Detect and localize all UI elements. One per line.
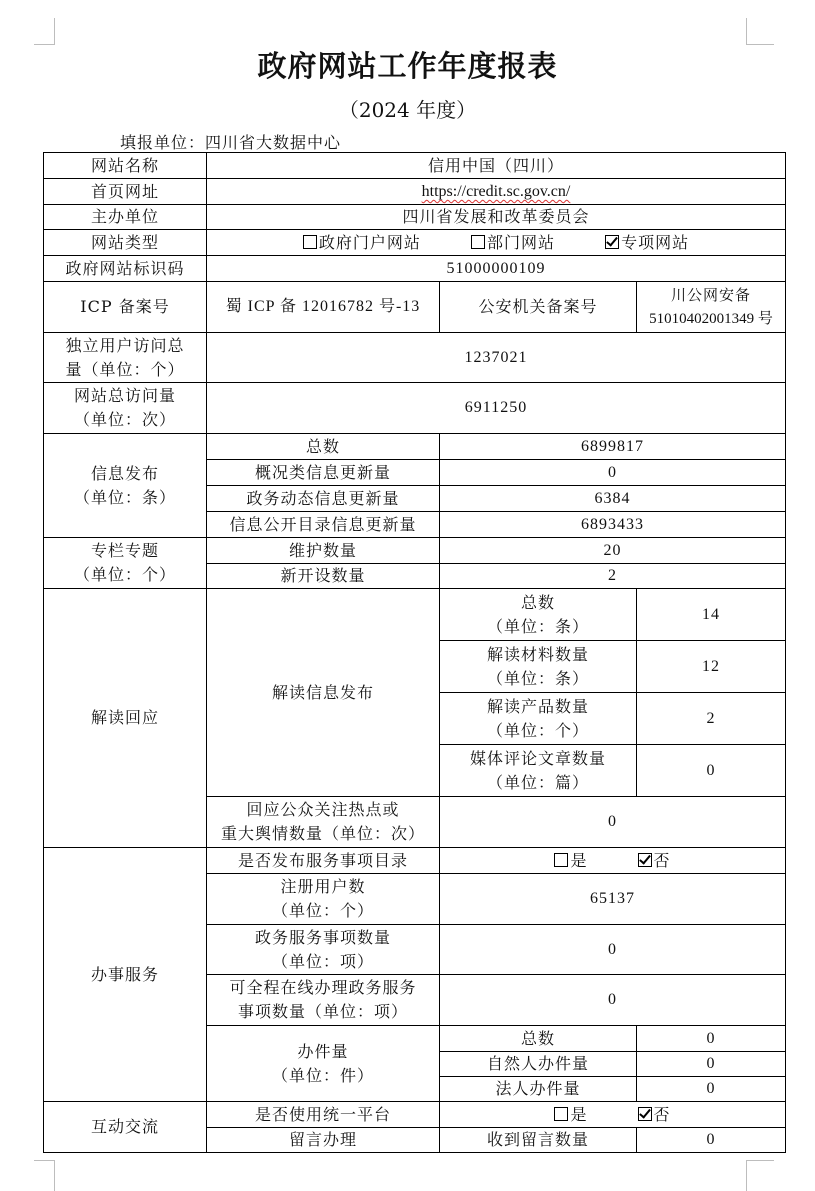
platform-option-yes[interactable]: 是 xyxy=(554,1103,587,1127)
total-visits-label: 网站总访问量 （单位：次） xyxy=(44,383,207,434)
info-publish-row-value: 6384 xyxy=(440,486,786,512)
cases-row-label: 自然人办件量 xyxy=(440,1052,637,1077)
page-corner-mark xyxy=(34,1160,54,1161)
filler-label: 填报单位： xyxy=(120,133,205,152)
interaction-label: 互动交流 xyxy=(44,1102,207,1153)
page-corner-mark xyxy=(54,1160,55,1191)
checkbox-unchecked-icon[interactable] xyxy=(471,235,485,249)
icp-label: ICP 备案号 xyxy=(44,282,207,333)
site-name-value: 信用中国（四川） xyxy=(207,153,786,179)
page-corner-mark xyxy=(746,1160,747,1191)
info-publish-row-value: 6893433 xyxy=(440,512,786,538)
table-row: ICP 备案号 蜀 ICP 备 12016782 号-13 公安机关备案号 川公… xyxy=(44,282,786,333)
id-code-value: 51000000109 xyxy=(207,256,786,282)
services-label: 办事服务 xyxy=(44,848,207,1102)
site-type-option-special[interactable]: 专项网站 xyxy=(605,231,689,255)
unique-visitors-value: 1237021 xyxy=(207,333,786,383)
table-row: 信息发布 （单位：条） 总数 6899817 xyxy=(44,434,786,460)
response-value: 0 xyxy=(440,797,786,848)
site-url-link[interactable]: https://credit.sc.gov.cn/ xyxy=(422,183,571,200)
columns-row-value: 2 xyxy=(440,564,786,589)
document-title: 政府网站工作年度报表 xyxy=(0,44,815,85)
checkbox-checked-icon[interactable] xyxy=(605,235,619,249)
cases-row-value: 0 xyxy=(637,1052,786,1077)
catalog-options: 是 否 xyxy=(440,848,786,874)
unique-visitors-label: 独立用户访问总 量（单位：个） xyxy=(44,333,207,383)
interpretation-row-value: 0 xyxy=(637,745,786,797)
info-publish-row-label: 概况类信息更新量 xyxy=(207,460,440,486)
received-messages-label: 收到留言数量 xyxy=(440,1128,637,1153)
interpretation-sub-label: 解读信息发布 xyxy=(207,589,440,797)
online-items-label: 可全程在线办理政务服务 事项数量（单位：项） xyxy=(207,975,440,1026)
info-publish-row-label: 信息公开目录信息更新量 xyxy=(207,512,440,538)
site-url-cell: https://credit.sc.gov.cn/ xyxy=(207,179,786,205)
registered-users-label: 注册用户数 （单位：个） xyxy=(207,874,440,925)
page-corner-mark xyxy=(746,18,747,44)
service-items-value: 0 xyxy=(440,925,786,975)
columns-label: 专栏专题 （单位：个） xyxy=(44,538,207,589)
cases-row-value: 0 xyxy=(637,1077,786,1102)
table-row: 主办单位 四川省发展和改革委员会 xyxy=(44,205,786,230)
response-label: 回应公众关注热点或 重大舆情数量（单位：次） xyxy=(207,797,440,848)
interpretation-row-label: 总数 （单位：条） xyxy=(440,589,637,641)
interpretation-row-value: 12 xyxy=(637,641,786,693)
total-visits-value: 6911250 xyxy=(207,383,786,434)
document-subtitle: （2024 年度） xyxy=(0,94,815,123)
interpretation-row-label: 解读产品数量 （单位：个） xyxy=(440,693,637,745)
catalog-label: 是否发布服务事项目录 xyxy=(207,848,440,874)
checkbox-unchecked-icon[interactable] xyxy=(554,853,568,867)
cases-row-label: 法人办件量 xyxy=(440,1077,637,1102)
columns-row-label: 维护数量 xyxy=(207,538,440,564)
table-row: 专栏专题 （单位：个） 维护数量 20 xyxy=(44,538,786,564)
site-type-option-portal[interactable]: 政府门户网站 xyxy=(303,231,421,255)
cases-row-label: 总数 xyxy=(440,1026,637,1052)
checkbox-unchecked-icon[interactable] xyxy=(303,235,317,249)
info-publish-row-label: 总数 xyxy=(207,434,440,460)
table-row: 独立用户访问总 量（单位：个） 1237021 xyxy=(44,333,786,383)
table-row: 网站类型 政府门户网站 部门网站 专项网站 xyxy=(44,230,786,256)
site-type-option-department[interactable]: 部门网站 xyxy=(471,231,555,255)
columns-row-value: 20 xyxy=(440,538,786,564)
icp-value: 蜀 ICP 备 12016782 号-13 xyxy=(207,282,440,333)
interpretation-label: 解读回应 xyxy=(44,589,207,848)
report-table: 网站名称 信用中国（四川） 首页网址 https://credit.sc.gov… xyxy=(43,152,786,1153)
site-type-label: 网站类型 xyxy=(44,230,207,256)
info-publish-label: 信息发布 （单位：条） xyxy=(44,434,207,538)
online-items-value: 0 xyxy=(440,975,786,1026)
checkbox-checked-icon[interactable] xyxy=(638,1107,652,1121)
page-corner-mark xyxy=(54,18,55,45)
platform-option-no[interactable]: 否 xyxy=(638,1103,671,1127)
filler-unit: 填报单位：四川省大数据中心 xyxy=(120,130,341,153)
id-code-label: 政府网站标识码 xyxy=(44,256,207,282)
site-type-options: 政府门户网站 部门网站 专项网站 xyxy=(207,230,786,256)
info-publish-row-value: 6899817 xyxy=(440,434,786,460)
table-row: 网站名称 信用中国（四川） xyxy=(44,153,786,179)
columns-row-label: 新开设数量 xyxy=(207,564,440,589)
interpretation-row-value: 14 xyxy=(637,589,786,641)
interpretation-row-value: 2 xyxy=(637,693,786,745)
cases-row-value: 0 xyxy=(637,1026,786,1052)
registered-users-value: 65137 xyxy=(440,874,786,925)
received-messages-value: 0 xyxy=(637,1128,786,1153)
platform-label: 是否使用统一平台 xyxy=(207,1102,440,1128)
info-publish-row-label: 政务动态信息更新量 xyxy=(207,486,440,512)
interpretation-row-label: 媒体评论文章数量 （单位：篇） xyxy=(440,745,637,797)
platform-options: 是 否 xyxy=(440,1102,786,1128)
info-publish-row-value: 0 xyxy=(440,460,786,486)
sponsor-label: 主办单位 xyxy=(44,205,207,230)
checkbox-checked-icon[interactable] xyxy=(638,853,652,867)
site-url-label: 首页网址 xyxy=(44,179,207,205)
police-record-value: 川公网安备 51010402001349 号 xyxy=(637,282,786,333)
checkbox-unchecked-icon[interactable] xyxy=(554,1107,568,1121)
message-label: 留言办理 xyxy=(207,1128,440,1153)
table-row: 办事服务 是否发布服务事项目录 是 否 xyxy=(44,848,786,874)
site-name-label: 网站名称 xyxy=(44,153,207,179)
filler-value: 四川省大数据中心 xyxy=(205,133,341,152)
police-record-label: 公安机关备案号 xyxy=(440,282,637,333)
cases-label: 办件量 （单位：件） xyxy=(207,1026,440,1102)
sponsor-value: 四川省发展和改革委员会 xyxy=(207,205,786,230)
catalog-option-yes[interactable]: 是 xyxy=(554,849,587,873)
service-items-label: 政务服务事项数量 （单位：项） xyxy=(207,925,440,975)
table-row: 解读回应 解读信息发布 总数 （单位：条） 14 xyxy=(44,589,786,641)
table-row: 互动交流 是否使用统一平台 是 否 xyxy=(44,1102,786,1128)
table-row: 政府网站标识码 51000000109 xyxy=(44,256,786,282)
page-corner-mark xyxy=(746,1160,774,1161)
interpretation-row-label: 解读材料数量 （单位：条） xyxy=(440,641,637,693)
catalog-option-no[interactable]: 否 xyxy=(638,849,671,873)
table-row: 网站总访问量 （单位：次） 6911250 xyxy=(44,383,786,434)
table-row: 首页网址 https://credit.sc.gov.cn/ xyxy=(44,179,786,205)
